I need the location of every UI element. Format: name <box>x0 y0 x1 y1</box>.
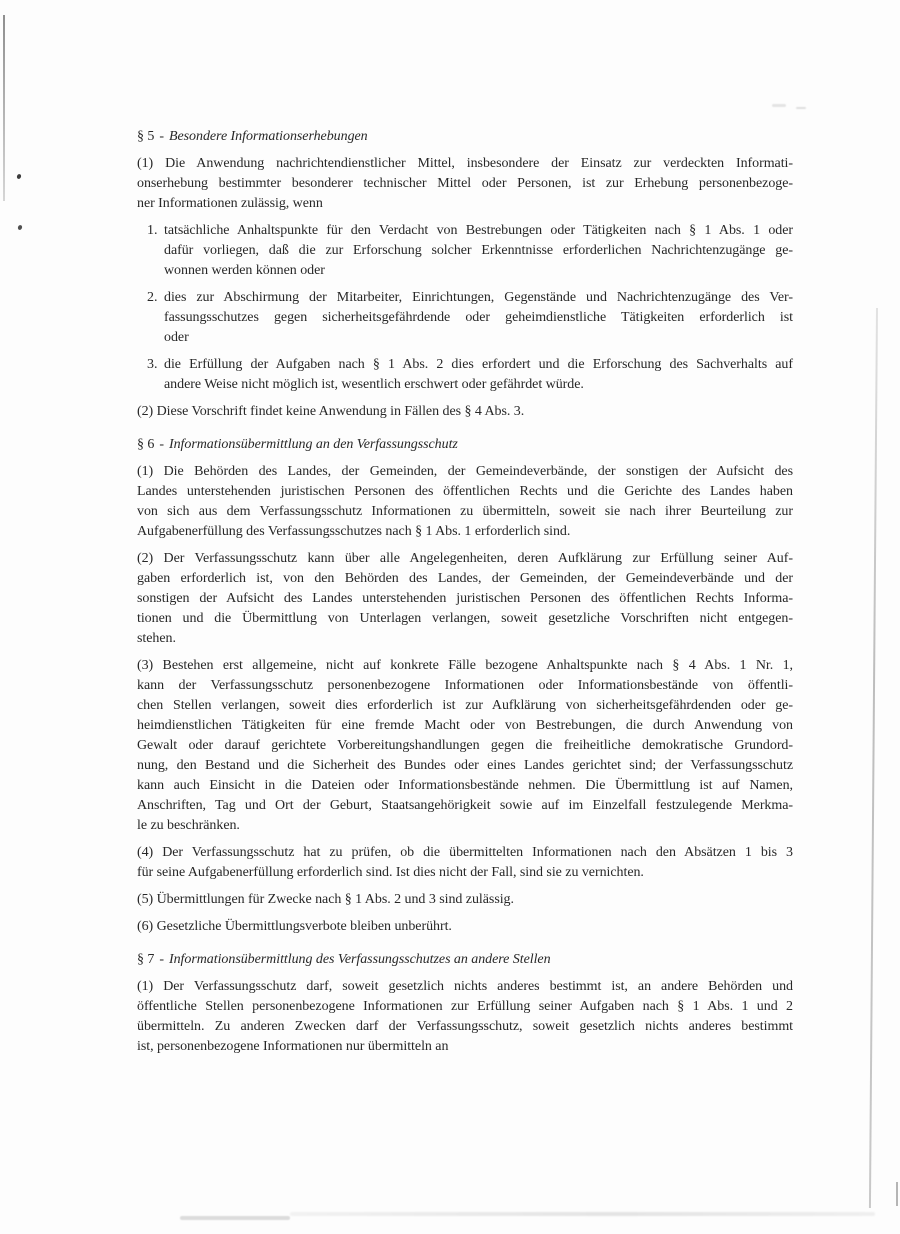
heading-separator: - <box>159 129 164 144</box>
scan-artifact-bottom-streak <box>290 1212 875 1216</box>
list-item-number: 1. <box>147 221 164 281</box>
text-line: tionen und die Übermittlung von Unterlag… <box>137 609 793 629</box>
text-line: Aufgabenerfüllung des Verfassungsschutze… <box>137 522 793 542</box>
text-line: Gewalt oder darauf gerichtete Vorbereitu… <box>137 736 793 756</box>
paragraph: (4) Der Verfassungsschutz hat zu prüfen,… <box>137 843 793 883</box>
scan-artifact-smudge <box>796 107 806 109</box>
section-heading: § 6-Informationsübermittlung an den Verf… <box>137 435 793 455</box>
list-item-text: die Erfüllung der Aufgaben nach § 1 Abs.… <box>164 355 793 395</box>
text-line: (1) Die Behörden des Landes, der Gemeind… <box>137 462 793 482</box>
section-number: § 6 <box>137 437 154 452</box>
text-line: kann auch Einsicht in die Dateien oder I… <box>137 776 793 796</box>
section-heading: § 7-Informationsübermittlung des Verfass… <box>137 950 793 970</box>
text-line: stehen. <box>137 629 793 649</box>
text-line: (4) Der Verfassungsschutz hat zu prüfen,… <box>137 843 793 863</box>
paragraph: (2) Der Verfassungsschutz kann über alle… <box>137 549 793 649</box>
paragraph: (1) Der Verfassungsschutz darf, soweit g… <box>137 977 793 1057</box>
scan-artifact-edge-tick <box>896 1182 898 1206</box>
text-line: wonnen werden können oder <box>164 261 793 281</box>
text-line: ist, personenbezogene Informationen nur … <box>137 1037 793 1057</box>
text-line: dies zur Abschirmung der Mitarbeiter, Ei… <box>164 288 793 308</box>
text-line: Anschriften, Tag und Ort der Geburt, Sta… <box>137 796 793 816</box>
text-line: (3) Bestehen erst allgemeine, nicht auf … <box>137 656 793 676</box>
paragraph: (2) Diese Vorschrift findet keine Anwend… <box>137 402 793 422</box>
list-item-number: 3. <box>147 355 164 395</box>
text-line: für seine Aufgabenerfüllung erforderlich… <box>137 863 793 883</box>
scan-artifact-smudge <box>772 104 786 107</box>
heading-separator: - <box>159 437 164 452</box>
text-line: (1) Die Anwendung nachrichtendienstliche… <box>137 154 793 174</box>
scan-artifact-ink-dot <box>17 224 23 230</box>
scan-artifact-left-vertical-line <box>3 15 5 201</box>
text-line: heimdienstlichen Tätigkeiten für eine fr… <box>137 716 793 736</box>
text-line: tatsächliche Anhaltspunkte für den Verda… <box>164 221 793 241</box>
text-line: chen Stellen verlangen, soweit dies erfo… <box>137 696 793 716</box>
text-line: die Erfüllung der Aufgaben nach § 1 Abs.… <box>164 355 793 375</box>
list-item-text: tatsächliche Anhaltspunkte für den Verda… <box>164 221 793 281</box>
text-line: (6) Gesetzliche Übermittlungsverbote ble… <box>137 917 793 937</box>
scan-artifact-right-vertical-line <box>869 308 878 1208</box>
text-line: oder <box>164 328 793 348</box>
legal-text: § 5-Besondere Informationserhebungen(1) … <box>137 127 793 1064</box>
section-title: Informationsübermittlung an den Verfassu… <box>169 437 458 452</box>
text-line: (1) Der Verfassungsschutz darf, soweit g… <box>137 977 793 997</box>
section-title: Informationsübermittlung des Verfassungs… <box>169 952 551 967</box>
text-line: gaben erforderlich ist, von den Behörden… <box>137 569 793 589</box>
text-line: kann der Verfassungsschutz personenbezog… <box>137 676 793 696</box>
text-line: von sich aus dem Verfassungsschutz Infor… <box>137 502 793 522</box>
text-line: (2) Der Verfassungsschutz kann über alle… <box>137 549 793 569</box>
section-number: § 5 <box>137 129 154 144</box>
paragraph: (5) Übermittlungen für Zwecke nach § 1 A… <box>137 890 793 910</box>
section-title: Besondere Informationserhebungen <box>169 129 368 144</box>
list-item: 2.dies zur Abschirmung der Mitarbeiter, … <box>137 288 793 348</box>
text-line: übermitteln. Zu anderen Zwecken darf der… <box>137 1017 793 1037</box>
list-item: 3.die Erfüllung der Aufgaben nach § 1 Ab… <box>137 355 793 395</box>
text-line: öffentliche Stellen personenbezogene Inf… <box>137 997 793 1017</box>
heading-separator: - <box>159 952 164 967</box>
scan-artifact-ink-dot <box>16 173 22 179</box>
text-line: andere Weise nicht möglich ist, wesentli… <box>164 375 793 395</box>
text-line: ner Informationen zulässig, wenn <box>137 194 793 214</box>
section-number: § 7 <box>137 952 154 967</box>
text-line: (2) Diese Vorschrift findet keine Anwend… <box>137 402 793 422</box>
scan-artifact-bottom-streak <box>180 1216 290 1220</box>
paragraph: (6) Gesetzliche Übermittlungsverbote ble… <box>137 917 793 937</box>
text-line: nung, den Bestand und die Sicherheit des… <box>137 756 793 776</box>
paragraph: (1) Die Behörden des Landes, der Gemeind… <box>137 462 793 542</box>
list-item-number: 2. <box>147 288 164 348</box>
text-line: dafür vorliegen, daß die zur Erforschung… <box>164 241 793 261</box>
list-item: 1.tatsächliche Anhaltspunkte für den Ver… <box>137 221 793 281</box>
text-line: Landes unterstehenden juristischen Perso… <box>137 482 793 502</box>
section-heading: § 5-Besondere Informationserhebungen <box>137 127 793 147</box>
list-item-text: dies zur Abschirmung der Mitarbeiter, Ei… <box>164 288 793 348</box>
text-line: le zu beschränken. <box>137 816 793 836</box>
text-line: onserhebung bestimmter besonderer techni… <box>137 174 793 194</box>
paragraph: (3) Bestehen erst allgemeine, nicht auf … <box>137 656 793 836</box>
scanned-document-page: § 5-Besondere Informationserhebungen(1) … <box>0 0 900 1234</box>
paragraph: (1) Die Anwendung nachrichtendienstliche… <box>137 154 793 214</box>
text-line: sonstigen der Aufsicht des Landes unters… <box>137 589 793 609</box>
text-line: (5) Übermittlungen für Zwecke nach § 1 A… <box>137 890 793 910</box>
text-line: fassungsschutzes gegen sicherheitsgefähr… <box>164 308 793 328</box>
